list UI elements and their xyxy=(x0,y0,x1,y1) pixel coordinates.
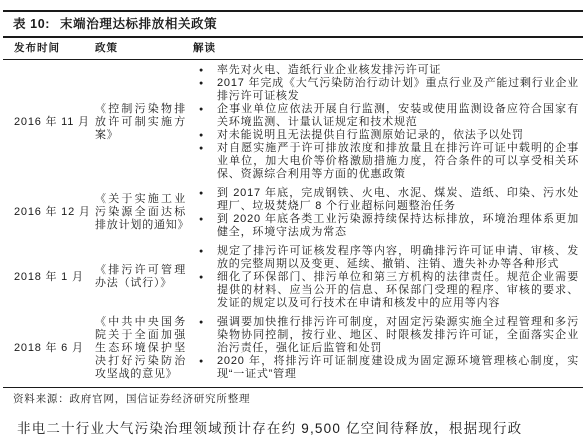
bullet-text: 到 2020 年底各类工业污染源持续保持达标排放，环境治理体系更加健全，环境守法… xyxy=(217,213,586,239)
interpretation-cell: ● 强调要加快推行排污许可制度，对固定污染源实施全过程管理和多污染物协同控制，按… xyxy=(190,316,586,381)
bullet-icon: ● xyxy=(190,355,217,381)
body-text-partial: 非电二十行业大气污染治理领域预计存在约 9,500 亿空间待释放，根据现行政 xyxy=(0,406,586,440)
bullet-text: 细化了环保部门、排污单位和第三方机构的法律责任。规范企业需要提供的材料、应当公开… xyxy=(217,271,586,310)
column-header-policy: 政策 xyxy=(90,42,190,55)
table-title: 表 10:末端治理达标排放相关政策 xyxy=(0,12,586,36)
date-cell: 2018 年 1 月 xyxy=(0,271,90,284)
interpretation-cell: ● 率先对火电、造纸行业企业核发排污许可证 ● 2017 年完成《大气污染防治行… xyxy=(190,64,586,181)
bullet-item: ● 到 2020 年底各类工业污染源持续保持达标排放，环境治理体系更加健全，环境… xyxy=(190,213,586,239)
bullet-text: 到 2017 年底，完成钢铁、火电、水泥、煤炭、造纸、印染、污水处理厂、垃圾焚烧… xyxy=(217,187,586,213)
bullet-icon: ● xyxy=(190,103,217,129)
bullet-item: ● 规定了排污许可证核发程序等内容，明确排污许可证申请、审核、发放的完整周期以及… xyxy=(190,245,586,271)
bullet-text: 强调要加快推行排污许可制度，对固定污染源实施全过程管理和多污染物协同控制，按行业… xyxy=(217,316,586,355)
table-row: 2016 年 12 月 《关于实施工业污染源全面达标排放计划的通知》 ● 到 2… xyxy=(0,187,586,239)
bullet-item: ● 到 2017 年底，完成钢铁、火电、水泥、煤炭、造纸、印染、污水处理厂、垃圾… xyxy=(190,187,586,213)
column-header-date: 发布时间 xyxy=(0,42,90,55)
bullet-text: 规定了排污许可证核发程序等内容，明确排污许可证申请、审核、发放的完整周期以及变更… xyxy=(217,245,586,271)
table-row: 2018 年 1 月 《排污许可管理办法（试行）》 ● 规定了排污许可证核发程序… xyxy=(0,245,586,310)
table-row: 2018 年 6 月 《中共中央国务院关于全面加强生态环境保护坚决打好污染防治攻… xyxy=(0,316,586,381)
bullet-icon: ● xyxy=(190,77,217,103)
bullet-icon: ● xyxy=(190,316,217,355)
bullet-item: ● 对自愿实施严于许可排放浓度和排放量且在排污许可证中载明的企事业单位，加大电价… xyxy=(190,142,586,181)
bullet-item: ● 强调要加快推行排污许可制度，对固定污染源实施全过程管理和多污染物协同控制，按… xyxy=(190,316,586,355)
policy-cell: 《关于实施工业污染源全面达标排放计划的通知》 xyxy=(90,193,190,232)
table-row: 2016 年 11 月 《控制污染物排放许可制实施方案》 ● 率先对火电、造纸行… xyxy=(0,64,586,181)
bullet-icon: ● xyxy=(190,64,217,77)
bullet-text: 2017 年完成《大气污染防治行动计划》重点行业及产能过剩行业企业排污许可证核发 xyxy=(217,77,586,103)
table-header-row: 发布时间 政策 解读 xyxy=(0,38,586,59)
table-title-prefix: 表 10: xyxy=(13,17,50,31)
column-header-interpretation: 解读 xyxy=(190,42,586,55)
policy-cell: 《控制污染物排放许可制实施方案》 xyxy=(90,103,190,142)
bullet-item: ● 对未能说明且无法提供自行监测原始记录的，依法予以处罚 xyxy=(190,129,586,142)
table-title-text: 末端治理达标排放相关政策 xyxy=(60,17,217,31)
interpretation-cell: ● 到 2017 年底，完成钢铁、火电、水泥、煤炭、造纸、印染、污水处理厂、垃圾… xyxy=(190,187,586,239)
bullet-item: ● 2020 年，将排污许可证制度建设成为固定源环境管理核心制度，实现“一证式”… xyxy=(190,355,586,381)
bullet-icon: ● xyxy=(190,129,217,142)
bullet-icon: ● xyxy=(190,213,217,239)
table-body: 2016 年 11 月 《控制污染物排放许可制实施方案》 ● 率先对火电、造纸行… xyxy=(0,60,586,381)
bullet-text: 企事业单位应依法开展自行监测，安装或使用监测设备应符合国家有关环境监测、计量认证… xyxy=(217,103,586,129)
bullet-text: 2020 年，将排污许可证制度建设成为固定源环境管理核心制度，实现“一证式”管理 xyxy=(217,355,586,381)
bullet-item: ● 企事业单位应依法开展自行监测，安装或使用监测设备应符合国家有关环境监测、计量… xyxy=(190,103,586,129)
bullet-item: ● 率先对火电、造纸行业企业核发排污许可证 xyxy=(190,64,586,77)
interpretation-cell: ● 规定了排污许可证核发程序等内容，明确排污许可证申请、审核、发放的完整周期以及… xyxy=(190,245,586,310)
report-page: 表 10:末端治理达标排放相关政策 发布时间 政策 解读 2016 年 11 月… xyxy=(0,0,586,443)
date-cell: 2016 年 12 月 xyxy=(0,206,90,219)
policy-cell: 《排污许可管理办法（试行）》 xyxy=(90,264,190,290)
bullet-icon: ● xyxy=(190,245,217,271)
bullet-icon: ● xyxy=(190,271,217,310)
date-cell: 2018 年 6 月 xyxy=(0,342,90,355)
bullet-text: 对未能说明且无法提供自行监测原始记录的，依法予以处罚 xyxy=(217,129,586,142)
bullet-item: ● 2017 年完成《大气污染防治行动计划》重点行业及产能过剩行业企业排污许可证… xyxy=(190,77,586,103)
bullet-text: 率先对火电、造纸行业企业核发排污许可证 xyxy=(217,64,586,77)
bullet-text: 对自愿实施严于许可排放浓度和排放量且在排污许可证中载明的企事业单位，加大电价等价… xyxy=(217,142,586,181)
source-note: 资料来源：政府官网，国信证券经济研究所整理 xyxy=(0,388,586,406)
policy-cell: 《中共中央国务院关于全面加强生态环境保护坚决打好污染防治攻坚战的意见》 xyxy=(90,316,190,381)
date-cell: 2016 年 11 月 xyxy=(0,116,90,129)
bullet-item: ● 细化了环保部门、排污单位和第三方机构的法律责任。规范企业需要提供的材料、应当… xyxy=(190,271,586,310)
bullet-icon: ● xyxy=(190,142,217,181)
bullet-icon: ● xyxy=(190,187,217,213)
